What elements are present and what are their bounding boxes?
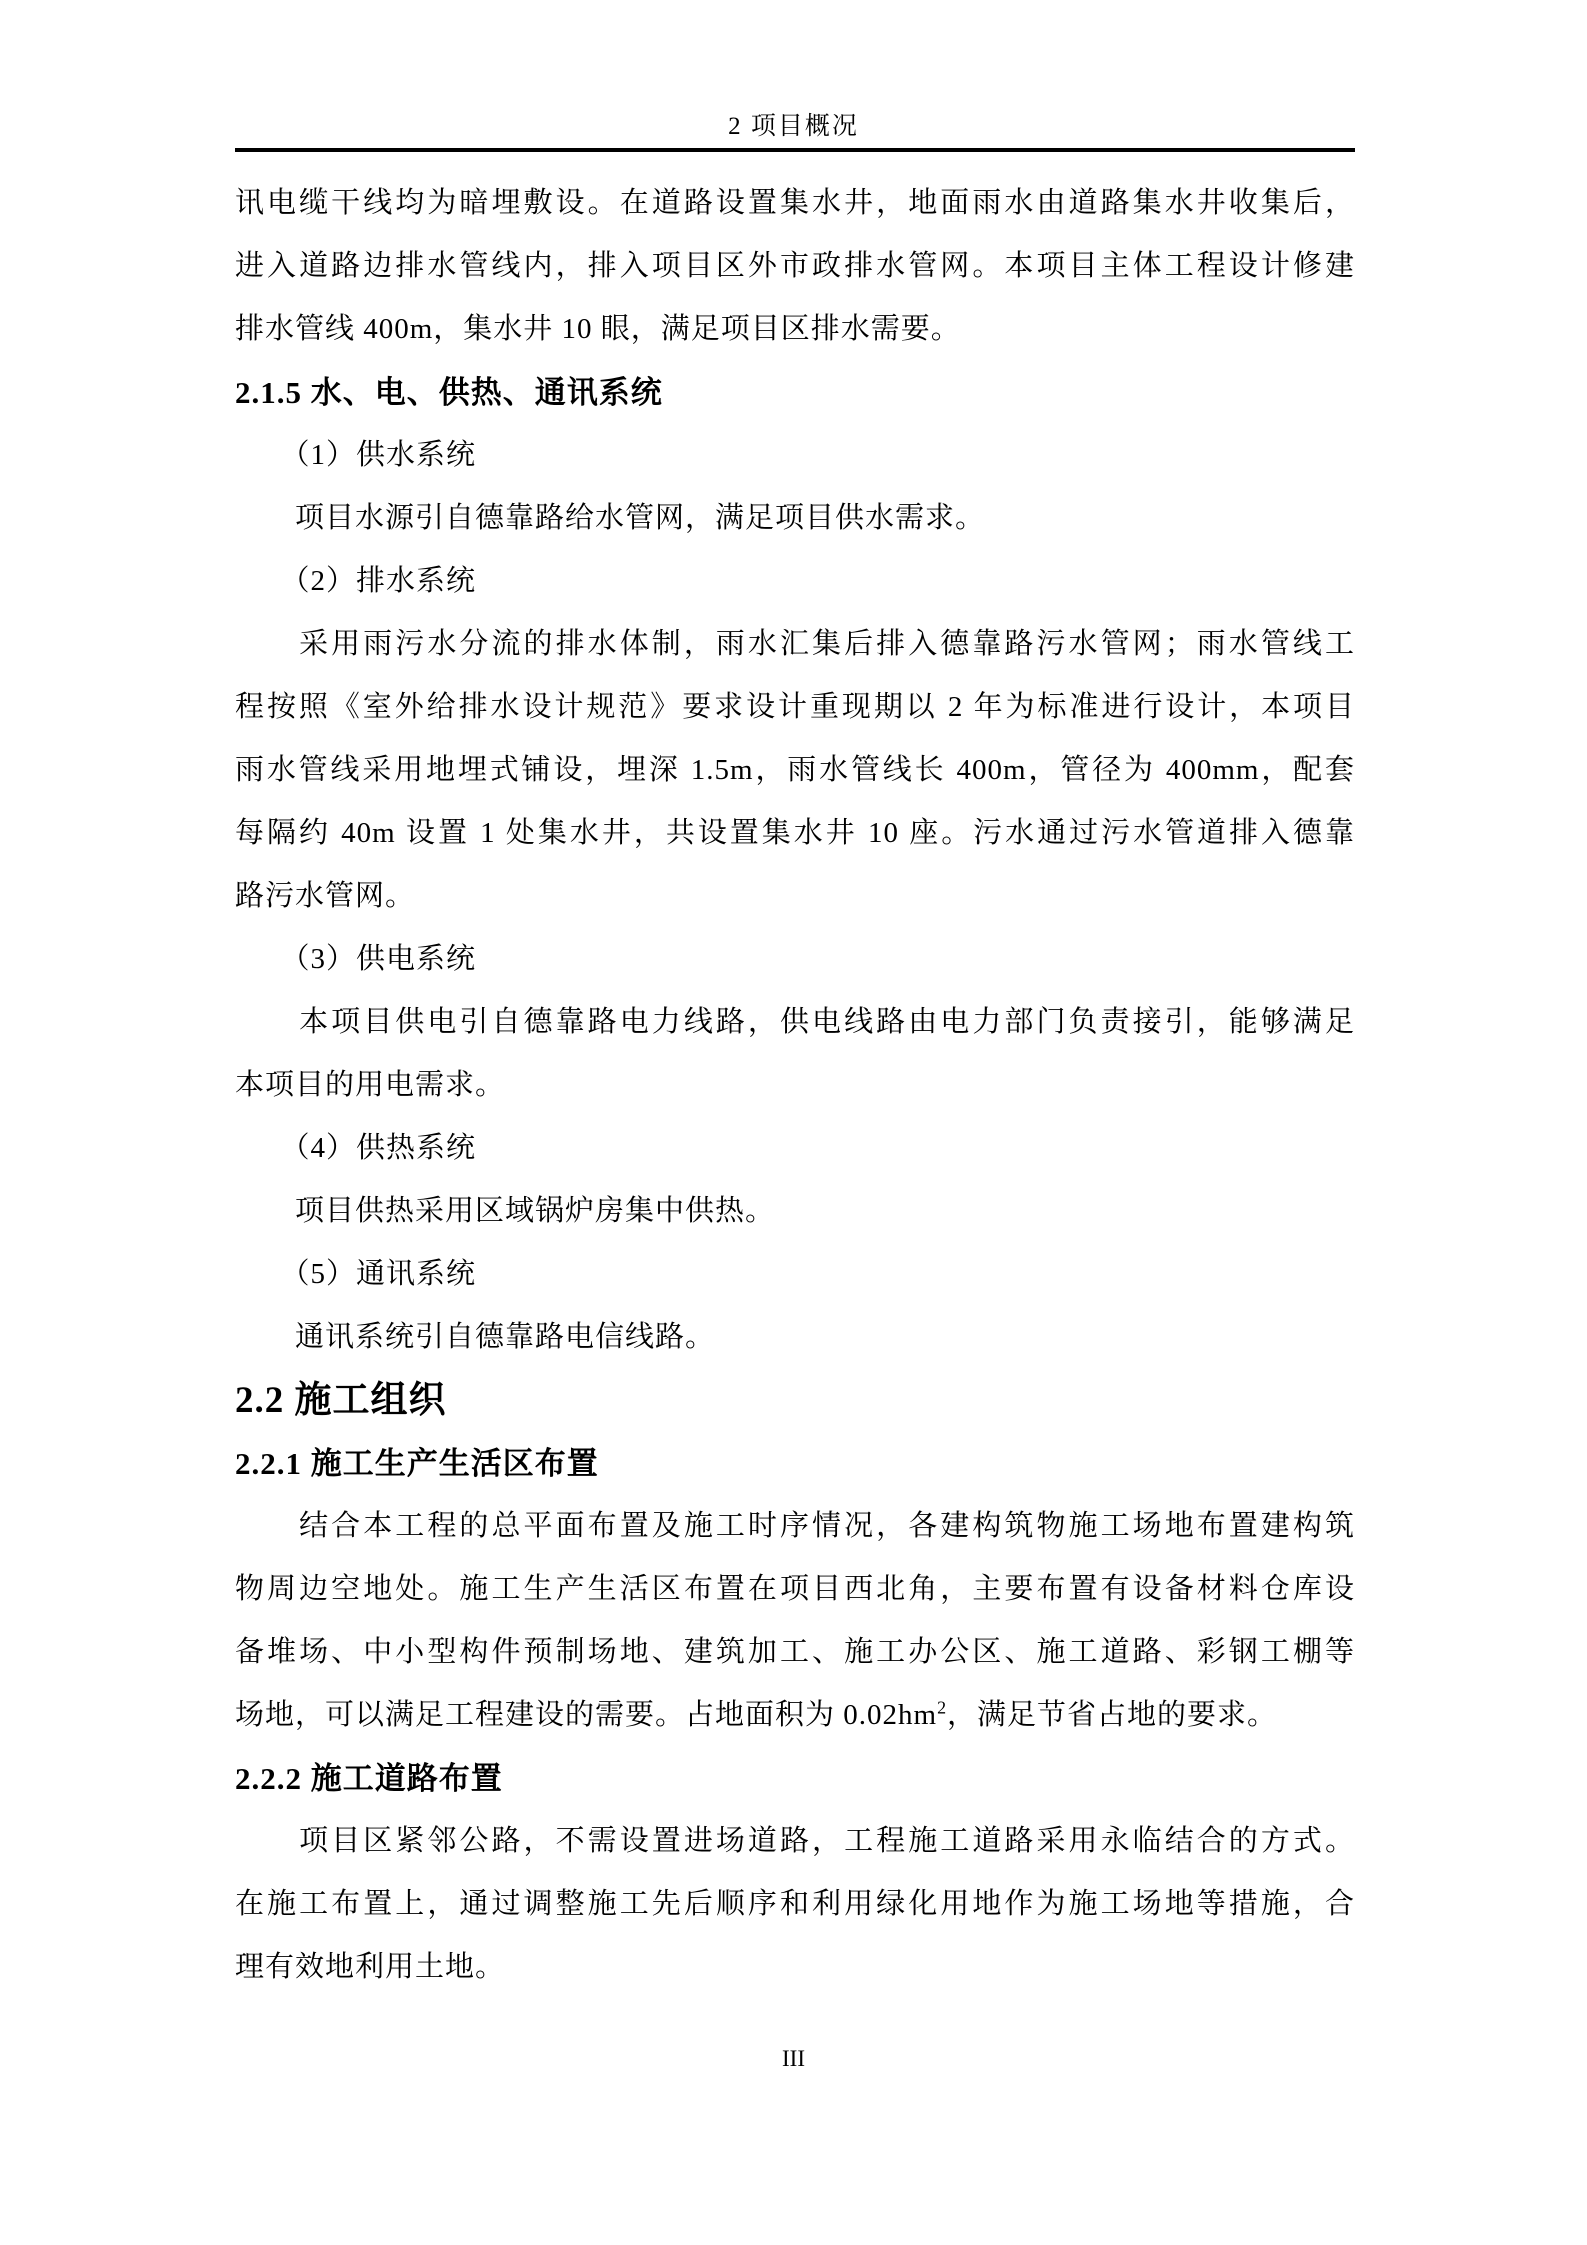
paragraph-line: 理有效地利用土地。 xyxy=(235,1936,1355,1999)
paragraph: 项目供热采用区域锅炉房集中供热。 xyxy=(235,1180,1355,1243)
paragraph-line: 项目水源引自德靠路给水管网，满足项目供水需求。 xyxy=(235,487,1355,550)
paragraph: 项目水源引自德靠路给水管网，满足项目供水需求。 xyxy=(235,487,1355,550)
paragraph: 结合本工程的总平面布置及施工时序情况，各建构筑物施工场地布置建构筑 物周边空地处… xyxy=(235,1495,1355,1747)
paragraph-line: 程按照《室外给排水设计规范》要求设计重现期以 2 年为标准进行设计，本项目 xyxy=(235,676,1355,739)
heading-2-1-5: 2.1.5 水、电、供热、通讯系统 xyxy=(235,361,1355,424)
heading-2-2-1: 2.2.1 施工生产生活区布置 xyxy=(235,1432,1355,1495)
paragraph-line: 每隔约 40m 设置 1 处集水井，共设置集水井 10 座。污水通过污水管道排入… xyxy=(235,802,1355,865)
paragraph-line: 备堆场、中小型构件预制场地、建筑加工、施工办公区、施工道路、彩钢工棚等 xyxy=(235,1621,1355,1684)
paragraph: 讯电缆干线均为暗埋敷设。在道路设置集水井，地面雨水由道路集水井收集后， 进入道路… xyxy=(235,172,1355,361)
paragraph-line: 物周边空地处。施工生产生活区布置在项目西北角，主要布置有设备材料仓库设 xyxy=(235,1558,1355,1621)
document-page: 2 项目概况 讯电缆干线均为暗埋敷设。在道路设置集水井，地面雨水由道路集水井收集… xyxy=(0,0,1587,2245)
paragraph: （1）供水系统 xyxy=(235,424,1355,487)
page-header-title: 2 项目概况 xyxy=(0,106,1587,142)
paragraph-line: 路污水管网。 xyxy=(235,865,1355,928)
paragraph: （2）排水系统 xyxy=(235,550,1355,613)
text-run: ，满足节省占地的要求。 xyxy=(947,1699,1277,1731)
header-rule xyxy=(235,148,1355,152)
paragraph-line: 项目区紧邻公路，不需设置进场道路，工程施工道路采用永临结合的方式。 xyxy=(235,1810,1355,1873)
paragraph-line: 排水管线 400m，集水井 10 眼，满足项目区排水需要。 xyxy=(235,298,1355,361)
page-footer: III xyxy=(0,2046,1587,2072)
paragraph-line: 采用雨污水分流的排水体制，雨水汇集后排入德靠路污水管网；雨水管线工 xyxy=(235,613,1355,676)
paragraph-line: 进入道路边排水管线内，排入项目区外市政排水管网。本项目主体工程设计修建 xyxy=(235,235,1355,298)
paragraph: 采用雨污水分流的排水体制，雨水汇集后排入德靠路污水管网；雨水管线工 程按照《室外… xyxy=(235,613,1355,928)
paragraph-line: （1）供水系统 xyxy=(235,424,1355,487)
paragraph-line: 本项目供电引自德靠路电力线路，供电线路由电力部门负责接引，能够满足 xyxy=(235,991,1355,1054)
paragraph: （5）通讯系统 xyxy=(235,1243,1355,1306)
paragraph-line: （4）供热系统 xyxy=(235,1117,1355,1180)
paragraph-line: 结合本工程的总平面布置及施工时序情况，各建构筑物施工场地布置建构筑 xyxy=(235,1495,1355,1558)
page-number: III xyxy=(782,2046,805,2071)
text-run: 场地，可以满足工程建设的需要。占地面积为 0.02hm xyxy=(235,1699,937,1731)
paragraph-line: 本项目的用电需求。 xyxy=(235,1054,1355,1117)
paragraph-line: 项目供热采用区域锅炉房集中供热。 xyxy=(235,1180,1355,1243)
paragraph-line: 通讯系统引自德靠路电信线路。 xyxy=(235,1306,1355,1369)
paragraph: （4）供热系统 xyxy=(235,1117,1355,1180)
heading-2-2: 2.2 施工组织 xyxy=(235,1369,1355,1432)
paragraph-line: （3）供电系统 xyxy=(235,928,1355,991)
heading-2-2-2: 2.2.2 施工道路布置 xyxy=(235,1747,1355,1810)
paragraph: 本项目供电引自德靠路电力线路，供电线路由电力部门负责接引，能够满足 本项目的用电… xyxy=(235,991,1355,1117)
paragraph-line: 雨水管线采用地埋式铺设，埋深 1.5m，雨水管线长 400m，管径为 400mm… xyxy=(235,739,1355,802)
paragraph: 项目区紧邻公路，不需设置进场道路，工程施工道路采用永临结合的方式。 在施工布置上… xyxy=(235,1810,1355,1999)
superscript-2: 2 xyxy=(937,1697,947,1717)
paragraph-line: （2）排水系统 xyxy=(235,550,1355,613)
paragraph: 通讯系统引自德靠路电信线路。 xyxy=(235,1306,1355,1369)
document-content: 讯电缆干线均为暗埋敷设。在道路设置集水井，地面雨水由道路集水井收集后， 进入道路… xyxy=(235,172,1355,1999)
paragraph-line: 在施工布置上，通过调整施工先后顺序和利用绿化用地作为施工场地等措施，合 xyxy=(235,1873,1355,1936)
paragraph-line: （5）通讯系统 xyxy=(235,1243,1355,1306)
paragraph: （3）供电系统 xyxy=(235,928,1355,991)
paragraph-line: 讯电缆干线均为暗埋敷设。在道路设置集水井，地面雨水由道路集水井收集后， xyxy=(235,172,1355,235)
paragraph-line: 场地，可以满足工程建设的需要。占地面积为 0.02hm2，满足节省占地的要求。 xyxy=(235,1684,1355,1747)
